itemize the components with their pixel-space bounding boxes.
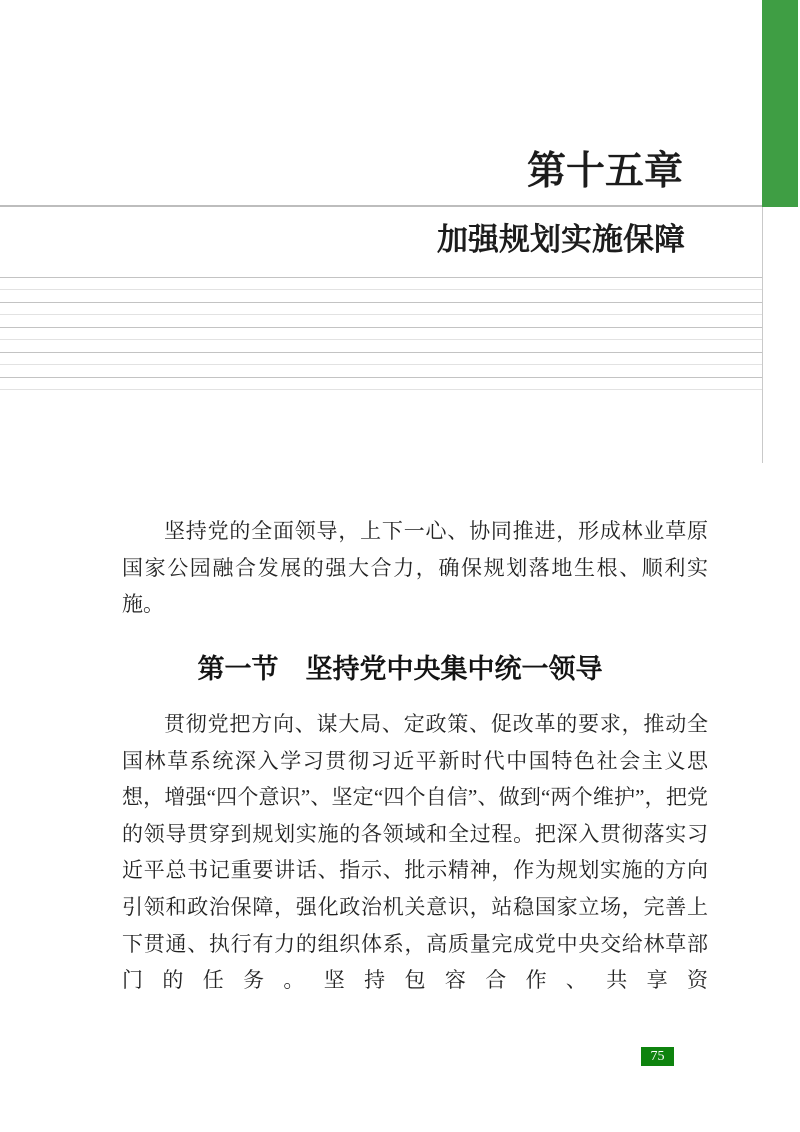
chapter-header-green-bar <box>762 0 798 207</box>
section-heading: 第一节 坚持党中央集中统一领导 <box>0 653 800 685</box>
chapter-title-heading: 加强规划实施保障 <box>437 224 685 255</box>
chapter-number-heading: 第十五章 <box>527 152 683 191</box>
section-body-paragraph: 贯彻党把方向、谋大局、定政策、促改革的要求，推动全国林草系统深入学习贯彻习近平新… <box>122 706 708 999</box>
page-number-badge: 75 <box>641 1047 674 1066</box>
intro-paragraph: 坚持党的全面领导，上下一心、协同推进，形成林业草原国家公园融合发展的强大合力，确… <box>122 513 708 623</box>
document-page: 第十五章 加强规划实施保障 坚持党的全面领导，上下一心、协同推进，形成林业草原国… <box>0 0 800 1132</box>
decorative-ruled-lines <box>0 277 762 390</box>
right-margin-rule <box>762 207 763 463</box>
header-divider-rule <box>0 205 762 207</box>
